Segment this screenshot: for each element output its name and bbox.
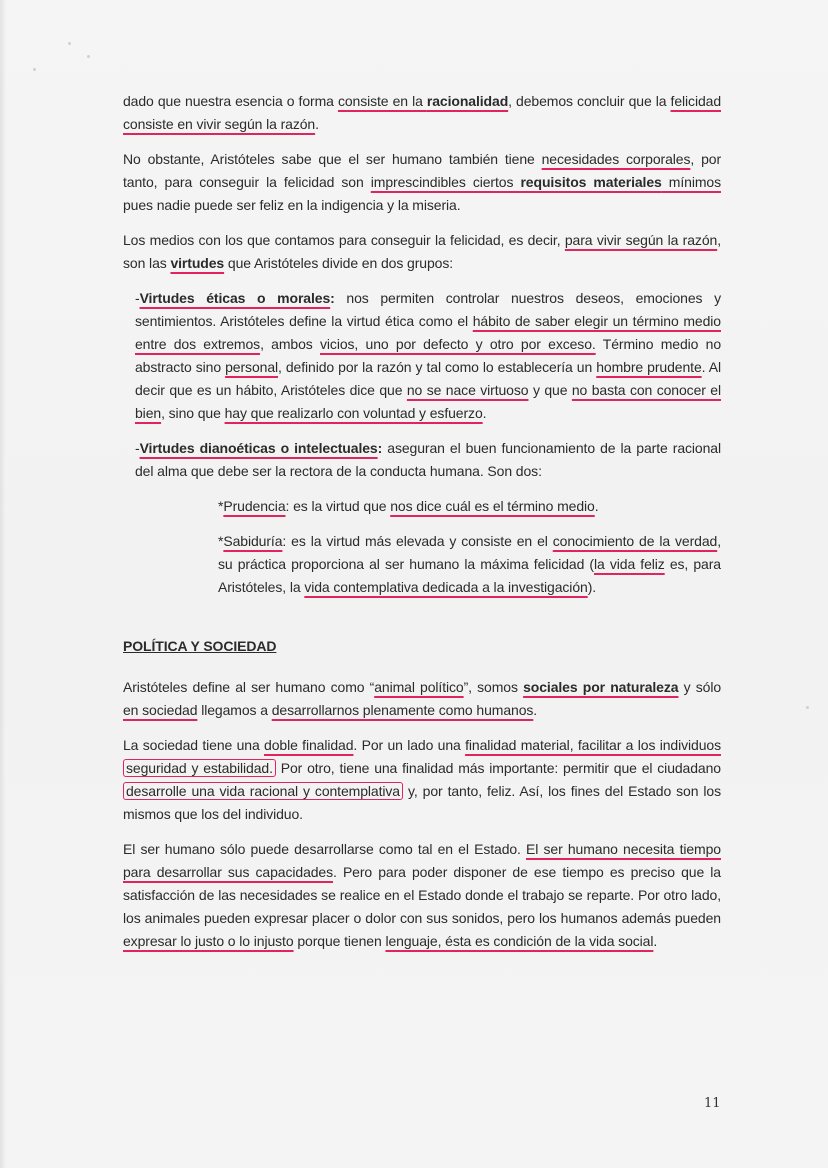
text-run: Los medios con los que contamos para con… [123, 232, 565, 248]
underlined-text: sociales por naturaleza [523, 679, 678, 695]
text-run: , definido por la razón y tal como lo es… [278, 359, 596, 375]
underlined-text: imprescindibles ciertos [371, 174, 521, 190]
text-run: . [595, 498, 599, 514]
scan-speck [806, 706, 809, 709]
boxed-text: desarrolle una vida racional y contempla… [123, 782, 403, 800]
section-heading: POLÍTICA Y SOCIEDAD [123, 635, 721, 658]
text-run: : es la virtud que [286, 498, 391, 514]
text-run: que Aristóteles divide en dos grupos: [224, 255, 453, 271]
text-run: ). [588, 579, 596, 595]
text-run: pues nadie puede ser feliz en la indigen… [123, 197, 461, 213]
text-run: , debemos concluir que la [508, 93, 670, 109]
paragraph: El ser humano sólo puede desarrollarse c… [123, 838, 721, 953]
text-run: . [483, 405, 487, 421]
underlined-text: Virtudes dianoéticas o intelectuales [140, 440, 378, 456]
paragraph: *Prudencia: es la virtud que nos dice cu… [123, 495, 721, 518]
underlined-text: personal [225, 359, 278, 375]
underlined-text: hay que realizarlo con voluntad y esfuer… [225, 405, 483, 421]
text-run: . [315, 116, 319, 132]
text-run: porque tienen [294, 933, 386, 949]
paragraph: -Virtudes dianoéticas o intelectuales: a… [123, 437, 721, 483]
underlined-text: necesidades corporales [542, 151, 691, 167]
document-body: dado que nuestra esencia o forma consist… [123, 90, 721, 965]
underlined-text: vicios, uno por defecto y otro por exces… [320, 336, 596, 352]
scan-speck [33, 68, 36, 71]
page-number: 11 [704, 1096, 721, 1111]
underlined-text: para vivir según la razón [565, 232, 717, 248]
paragraph: Aristóteles define al ser humano como “a… [123, 676, 721, 722]
text-run: La sociedad tiene una [123, 737, 264, 753]
text-run: llegamos a [197, 702, 271, 718]
underlined-text: desarrollarnos plenamente como humanos [272, 702, 534, 718]
text-run: : es la virtud más elevada y consiste en… [282, 533, 552, 549]
text-run: . Por un lado una [353, 737, 465, 753]
text-run: ”, somos [464, 679, 523, 695]
underlined-text: lenguaje, ésta es condición de la vida s… [385, 933, 653, 949]
underlined-text: nos dice cuál es el término medio [390, 498, 594, 514]
boxed-text: seguridad y estabilidad. [123, 759, 276, 777]
scanned-page: dado que nuestra esencia o forma consist… [0, 0, 828, 1168]
scan-edge [0, 0, 6, 1168]
politics-section: Aristóteles define al ser humano como “a… [123, 676, 721, 953]
underlined-text: consiste en la [338, 93, 427, 109]
paragraph: Los medios con los que contamos para con… [123, 229, 721, 275]
paragraph: No obstante, Aristóteles sabe que el ser… [123, 148, 721, 217]
paragraph: La sociedad tiene una doble finalidad. P… [123, 734, 721, 826]
paragraph: -Virtudes éticas o morales: nos permiten… [123, 287, 721, 425]
underlined-text: hombre prudente [596, 359, 701, 375]
text-run: y sólo [678, 679, 721, 695]
underlined-text: en sociedad [123, 702, 197, 718]
text-run: , ambos [260, 336, 320, 352]
underlined-text: no se nace virtuoso [407, 382, 529, 398]
underlined-text: animal político [374, 679, 463, 695]
underlined-text: expresar lo justo o lo injusto [123, 933, 294, 949]
underlined-text: mínimos [662, 174, 721, 190]
underlined-text: requisitos materiales [520, 174, 661, 190]
text-run: Por otro, tiene una finalidad más import… [276, 760, 721, 776]
underlined-text: Prudencia [223, 498, 285, 514]
text-run: y que [528, 382, 571, 398]
paragraph: *Sabiduría: es la virtud más elevada y c… [123, 530, 721, 599]
scan-speck [87, 55, 90, 58]
underlined-text: virtudes [170, 255, 224, 271]
underlined-text: Virtudes éticas o morales [140, 290, 331, 306]
text-run: . [653, 933, 657, 949]
underlined-text: finalidad material, facilitar a los indi… [465, 737, 721, 753]
text-run: dado que nuestra esencia o forma [123, 93, 338, 109]
text-run: . [533, 702, 537, 718]
paragraph: dado que nuestra esencia o forma consist… [123, 90, 721, 136]
underlined-text: la vida feliz [594, 556, 665, 572]
underlined-text: conocimiento de la verdad [553, 533, 717, 549]
ethics-section: dado que nuestra esencia o forma consist… [123, 90, 721, 599]
underlined-text: racionalidad [427, 93, 508, 109]
underlined-text: vida contemplativa dedicada a la investi… [304, 579, 587, 595]
underlined-text: doble finalidad [264, 737, 353, 753]
scan-speck [68, 42, 71, 45]
text-run: , sino que [161, 405, 225, 421]
text-run: El ser humano sólo puede desarrollarse c… [123, 841, 526, 857]
text-run: Aristóteles define al ser humano como “ [123, 679, 374, 695]
underlined-text: Sabiduría [223, 533, 282, 549]
text-run: No obstante, Aristóteles sabe que el ser… [123, 151, 542, 167]
